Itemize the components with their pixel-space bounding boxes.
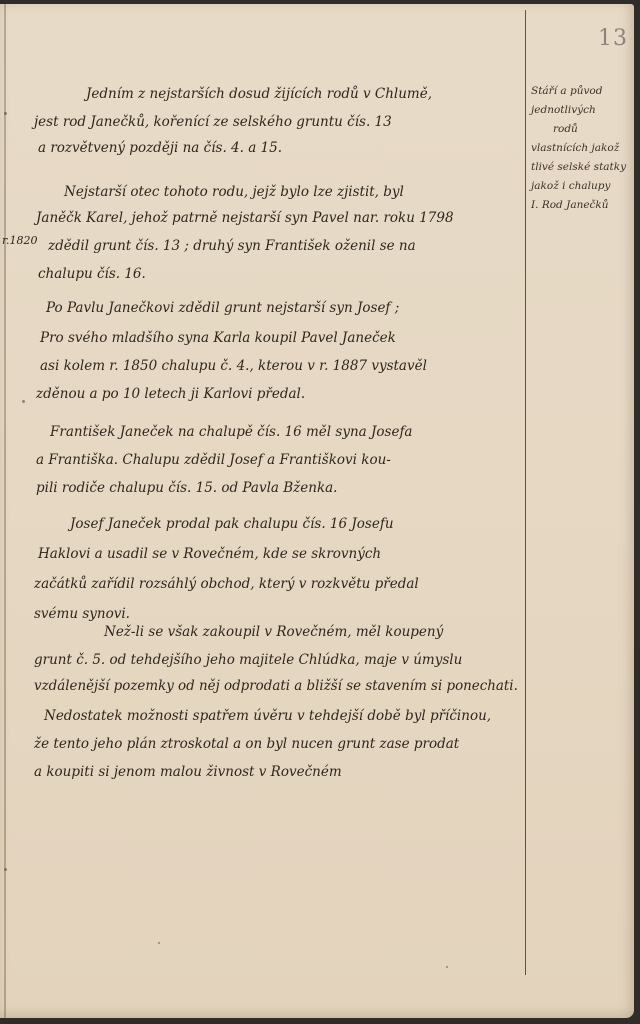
- side-note-line: I. Rod Janečků: [531, 196, 631, 215]
- text-line: že tento jeho plán ztroskotal a on byl n…: [34, 736, 459, 752]
- text-line: Jedním z nejstarších dosud žijících rodů…: [86, 86, 432, 102]
- text-line: jest rod Janečků, kořenící ze selského g…: [34, 114, 392, 130]
- text-line: Josef Janeček prodal pak chalupu čís. 16…: [70, 516, 394, 532]
- text-line: chalupu čís. 16.: [38, 266, 146, 282]
- notebook-page: 13 Stáří a původ jednotlivých rodů vlast…: [0, 4, 634, 1018]
- text-line: svému synovi.: [34, 606, 130, 622]
- paper-speck: [158, 942, 160, 944]
- text-line: Pro svého mladšího syna Karla koupil Pav…: [40, 330, 396, 346]
- side-note-line: jakož i chalupy: [531, 177, 631, 196]
- page-number: 13: [598, 26, 628, 51]
- page-binding-edge: [4, 4, 6, 1018]
- margin-heading-note: Stáří a původ jednotlivých rodů vlastníc…: [531, 82, 631, 215]
- text-line: Janěčk Karel, jehož patrně nejstarší syn…: [36, 210, 454, 226]
- text-line: grunt č. 5. od tehdejšího jeho majitele …: [34, 652, 462, 668]
- text-line: František Janeček na chalupě čís. 16 měl…: [50, 424, 412, 440]
- text-line: a koupiti si jenom malou živnost v Roveč…: [34, 764, 342, 780]
- text-line: Po Pavlu Janečkovi zdědil grunt nejstarš…: [46, 300, 399, 316]
- text-line: vzdálenější pozemky od něj odprodati a b…: [34, 678, 518, 694]
- paper-speck: [446, 966, 448, 968]
- margin-rule: [525, 10, 526, 975]
- paper-speck: [22, 400, 25, 403]
- side-note-line: vlastnících jakož: [531, 139, 631, 158]
- text-line: asi kolem r. 1850 chalupu č. 4., kterou …: [40, 358, 427, 374]
- side-note-line: tlivé selské statky: [531, 158, 631, 177]
- text-line: Nedostatek možnosti spatřem úvěru v tehd…: [44, 708, 491, 724]
- text-line: a Františka. Chalupu zdědil Josef a Fran…: [36, 452, 391, 468]
- text-line: Než-li se však zakoupil v Rovečném, měl …: [104, 624, 443, 640]
- text-line: Haklovi a usadil se v Rovečném, kde se s…: [38, 546, 381, 562]
- left-margin-year-note: r.1820: [2, 234, 38, 247]
- side-note-line: jednotlivých: [531, 101, 631, 120]
- text-line: a rozvětvený později na čís. 4. a 15.: [38, 140, 282, 156]
- text-line: pili rodiče chalupu čís. 15. od Pavla Bž…: [36, 480, 337, 496]
- paper-speck: [4, 112, 7, 115]
- paper-speck: [4, 868, 7, 871]
- side-note-line: Stáří a původ: [531, 82, 631, 101]
- text-line: zděnou a po 10 letech ji Karlovi předal.: [36, 386, 305, 402]
- text-line: začátků zařídil rozsáhlý obchod, který v…: [34, 576, 419, 592]
- side-note-line: rodů: [531, 120, 631, 139]
- text-line: Nejstarší otec tohoto rodu, jejž bylo lz…: [64, 184, 404, 200]
- text-line: zdědil grunt čís. 13 ; druhý syn Františ…: [48, 238, 416, 254]
